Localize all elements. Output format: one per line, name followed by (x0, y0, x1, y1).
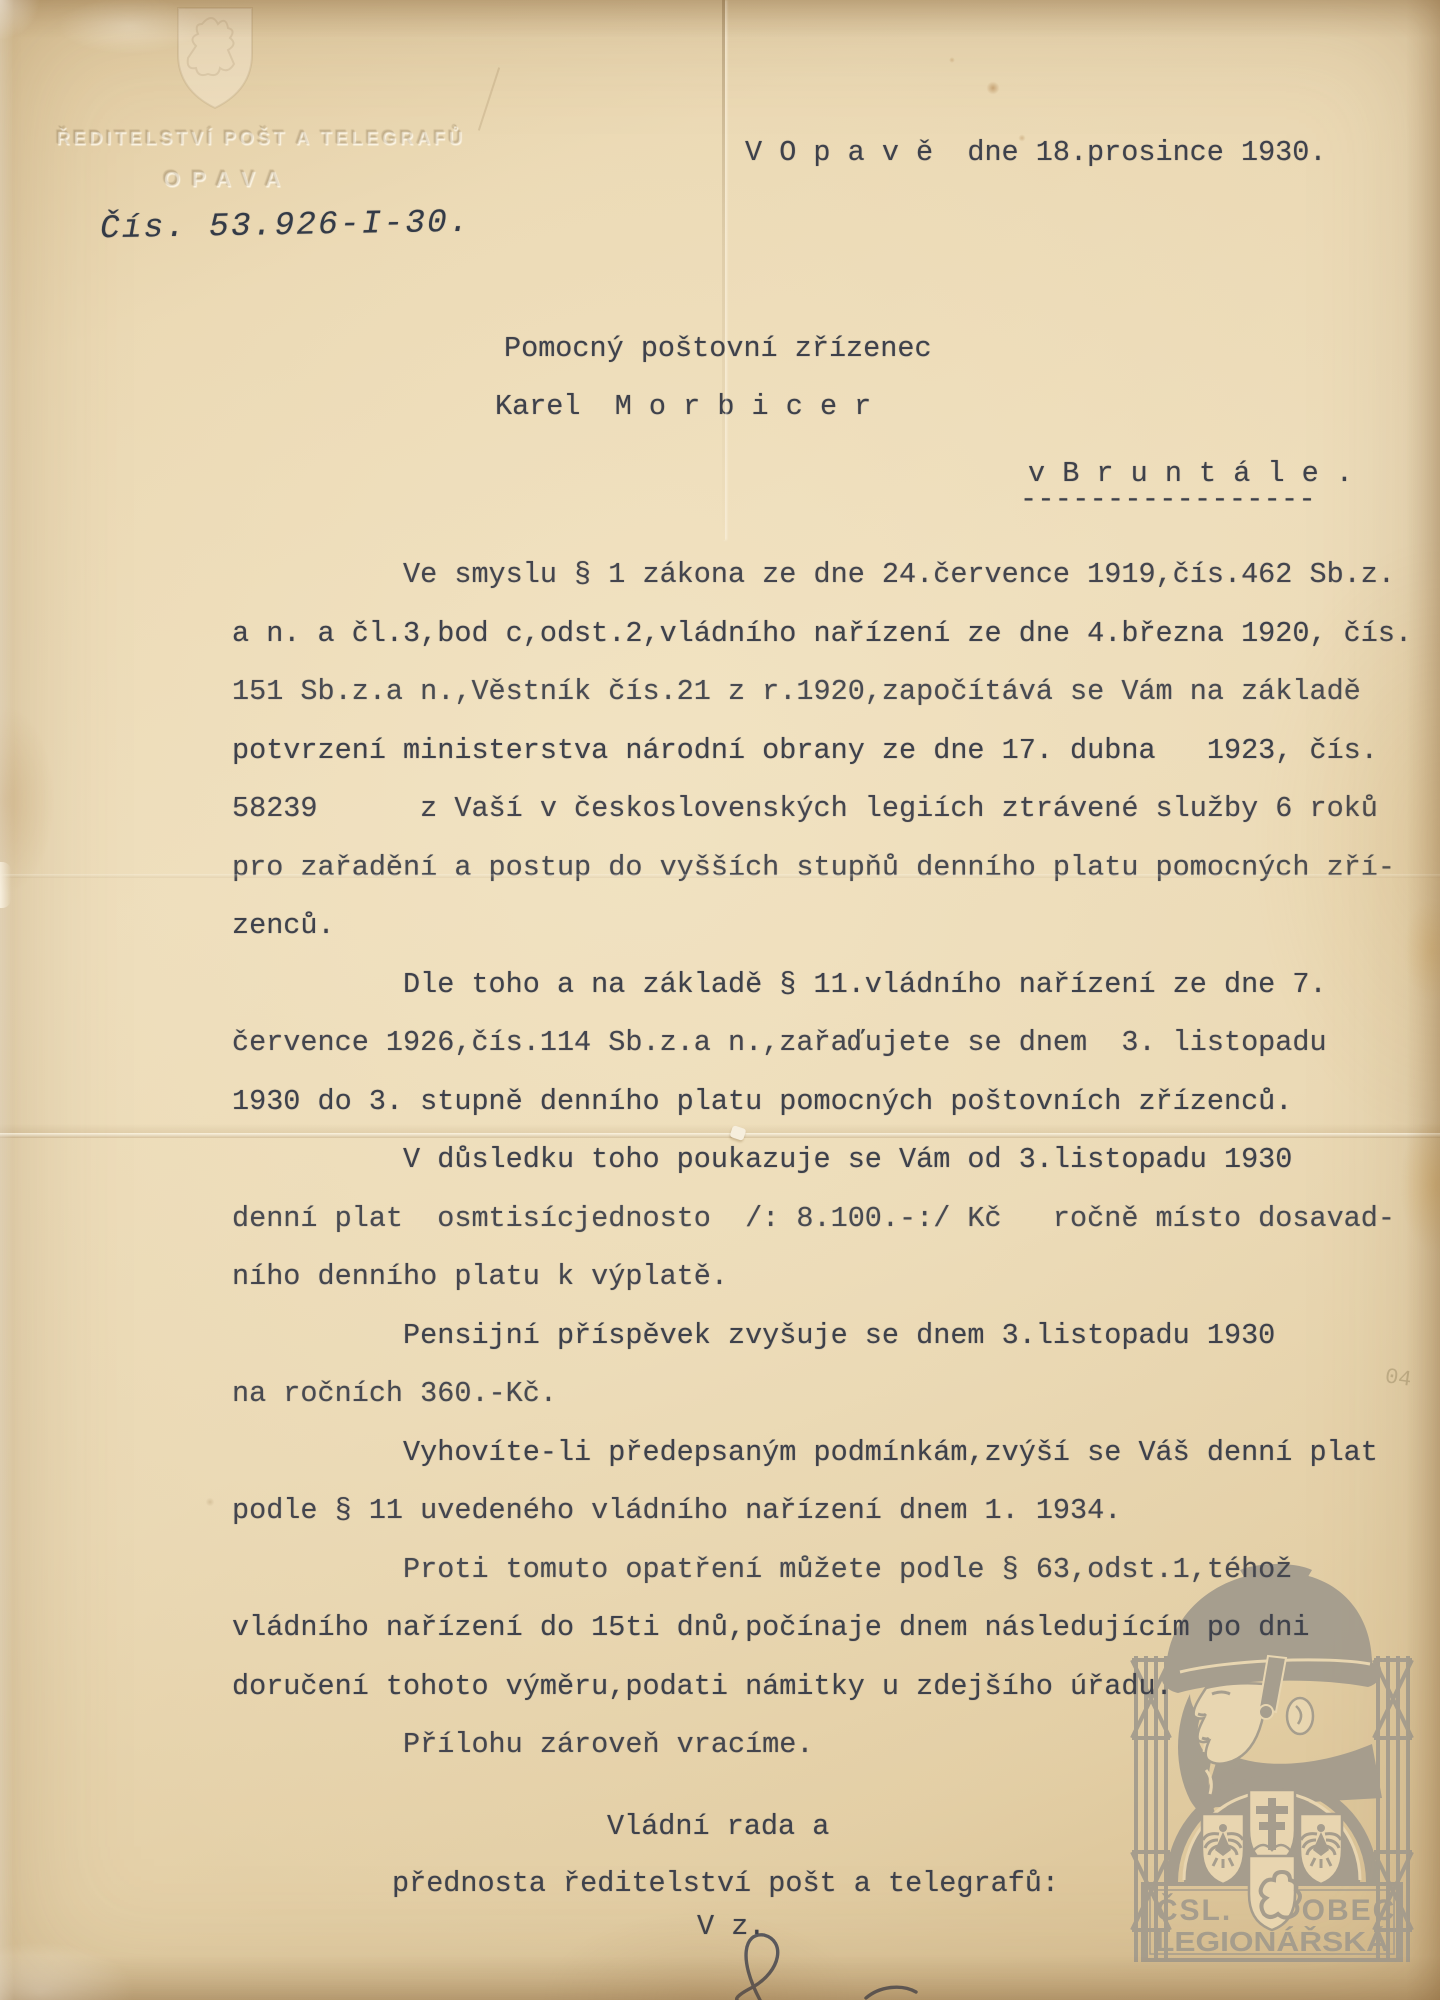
paper-scratch (478, 67, 500, 130)
body-line: potvrzení ministerstva národní obrany ze… (232, 722, 1440, 781)
vertical-fold-crease (722, 0, 725, 540)
handwritten-signature-icon (560, 1925, 1040, 2000)
body-line: Ve smyslu § 1 zákona ze dne 24.července … (232, 546, 1440, 605)
body-line: vládního nařízení do 15ti dnů,počínaje d… (232, 1599, 1440, 1658)
pencil-note: 04 (1383, 1364, 1413, 1392)
body-line: 151 Sb.z.a n.,Věstník čís.21 z r.1920,za… (232, 663, 1440, 722)
body-line: zenců. (232, 897, 1440, 956)
body-line: Pensijní příspěvek zvyšuje se dnem 3.lis… (232, 1307, 1440, 1366)
horizontal-fold-shadow (0, 1124, 1440, 1133)
letter-body: Ve smyslu § 1 zákona ze dne 24.července … (232, 546, 1440, 1775)
body-line: Dle toho a na základě § 11.vládního naří… (232, 956, 1440, 1015)
lion-emblem-icon (150, 2, 280, 124)
letterhead-line-1: ŘEDITELSTVÍ POŠT A TELEGRAFŮ (56, 128, 465, 150)
addressee-name: Karel M o r b i c e r (495, 390, 871, 423)
body-line: na ročních 360.-Kč. (232, 1365, 1440, 1424)
body-line: Přílohu zároveň vracíme. (232, 1716, 1440, 1775)
dateline: V O p a v ě dne 18.prosince 1930. (745, 136, 1327, 169)
body-line: denní plat osmtisícjednosto /: 8.100.-:/… (232, 1190, 1440, 1249)
body-line: doručení tohoto výměru,podati námitky u … (232, 1658, 1440, 1717)
body-line: a n. a čl.3,bod c,odst.2,vládního naříze… (232, 605, 1440, 664)
body-line: Vyhovíte-li předepsaným podmínkám,zvýší … (232, 1424, 1440, 1483)
body-line: července 1926,čís.114 Sb.z.a n.,zařaďuje… (232, 1014, 1440, 1073)
letterhead-line-2: OPAVA (163, 166, 291, 192)
closing-title-line: Vládní rada a (607, 1810, 829, 1843)
body-line: pro zařadění a postup do vyšších stupňů … (232, 839, 1440, 898)
stamp-text-csl: ČSL. (1156, 1893, 1232, 1927)
upper-fold-crease (0, 874, 1440, 878)
reference-number: Čís. 53.926-I-30. (100, 204, 471, 247)
body-line: 58239 z Vaší v československých legiích … (232, 780, 1440, 839)
body-line: 1930 do 3. stupně denního platu pomocnýc… (232, 1073, 1440, 1132)
document-page: ŘEDITELSTVÍ POŠT A TELEGRAFŮ OPAVA V O p… (0, 0, 1440, 2000)
body-line: Proti tomuto opatření můžete podle § 63,… (232, 1541, 1440, 1600)
closing-office-line: přednosta ředitelství pošt a telegrafů: (392, 1867, 1059, 1900)
addressee-role: Pomocný poštovní zřízenec (504, 332, 932, 365)
body-line: V důsledku toho poukazuje se Vám od 3.li… (232, 1131, 1440, 1190)
body-line: podle § 11 uvedeného vládního nařízení d… (232, 1482, 1440, 1541)
edge-tear (0, 862, 11, 908)
horizontal-fold-crease (0, 1133, 1440, 1138)
addressee-place-underline: ----------------- (1020, 483, 1316, 516)
body-line: ního denního platu k výplatě. (232, 1248, 1440, 1307)
stamp-text-obec: OBEC (1302, 1894, 1397, 1927)
